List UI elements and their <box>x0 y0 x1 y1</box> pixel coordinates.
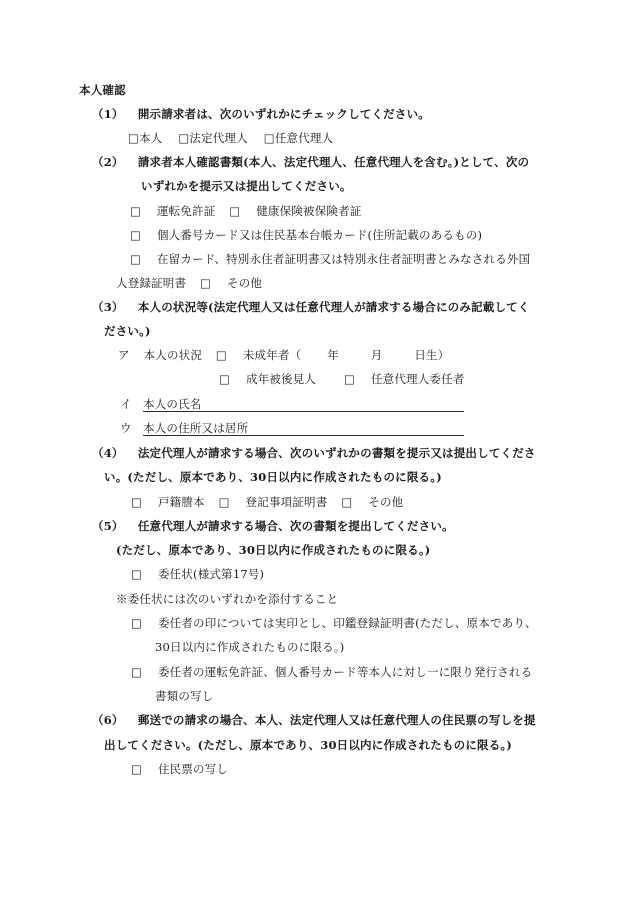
birth-month-label: 月 <box>371 348 383 362</box>
attachment-note: ※委任状には次のいずれかを添付すること <box>116 592 338 606</box>
checkbox-seal-certificate[interactable]: □ <box>131 616 142 630</box>
attachment-row-1: □ 委任者の印については実印とし、印鑑登録証明書(ただし、原本であり、 <box>131 616 537 630</box>
attachment-row-2-cont: 書類の写し <box>155 689 214 703</box>
field-label: 本人の氏名 <box>143 397 202 411</box>
option-label: 登記事項証明書 <box>246 495 328 509</box>
option-label: 成年被後見人 <box>246 372 316 386</box>
option-label: 健康保険被保険者証 <box>256 204 361 218</box>
attachment-row-2: □ 委任者の運転免許証、個人番号カード等本人に対し一に限り発行される <box>131 665 532 679</box>
checkbox-legal-representative[interactable]: □法定代理人 <box>178 131 248 145</box>
birth-day-label: 日生） <box>414 348 449 362</box>
section-2-heading-cont: いずれかを提示又は提出してください。 <box>141 179 352 193</box>
person-name-row: イ <box>120 397 132 411</box>
section-text: 法定代理人が請求する場合、次のいずれかの書類を提示又は提出してくださ <box>138 446 536 460</box>
checkbox-voluntary-representative[interactable]: □任意代理人 <box>264 131 334 145</box>
section-number: （5） <box>92 519 124 533</box>
item-marker: ウ <box>120 421 132 435</box>
checkbox-health-insurance[interactable]: □ <box>229 204 240 218</box>
section-text: 本人の状況等(法定代理人又は任意代理人が請求する場合にのみ記載してく <box>138 300 530 314</box>
section-text: 請求者本人確認書類(本人、法定代理人、任意代理人を含む。)として、次の <box>138 155 529 169</box>
person-address-row: ウ <box>120 421 132 435</box>
section-4-heading: （4） 法定代理人が請求する場合、次のいずれかの書類を提示又は提出してくださ <box>92 446 536 460</box>
resident-record-row: □ 住民票の写し <box>131 762 228 776</box>
id-doc-row-4: 人登録証明書 □ その他 <box>116 276 262 290</box>
section-6-heading-cont: 出してください。(ただし、原本であり、30日以内に作成されたものに限る。) <box>104 738 512 752</box>
section-number: （4） <box>92 446 124 460</box>
option-label: 委任者の印については実印とし、印鑑登録証明書(ただし、原本であり、 <box>158 616 537 630</box>
section-title: 本人確認 <box>79 83 126 97</box>
person-status-row: ア 本人の状況 □ 未成年者（ 年 月 日生） <box>118 348 449 362</box>
section-number: （2） <box>92 155 124 169</box>
section-5-heading: （5） 任意代理人が請求する場合、次の書類を提出してください。 <box>92 519 454 533</box>
option-label: その他 <box>368 495 403 509</box>
id-doc-row-2: □ 個人番号カード又は住民基本台帳カード(住所記載のあるもの) <box>130 228 482 242</box>
checkbox-minor[interactable]: □ <box>216 348 227 362</box>
option-label: 個人番号カード又は住民基本台帳カード(住所記載のあるもの) <box>157 228 482 242</box>
person-name-field[interactable]: 本人の氏名 <box>143 397 464 412</box>
section-number: （3） <box>92 300 124 314</box>
birth-year-label: 年 <box>327 348 339 362</box>
checkbox-residence-card[interactable]: □ <box>130 252 141 266</box>
checkbox-my-number-card[interactable]: □ <box>130 228 141 242</box>
checkbox-id-copy[interactable]: □ <box>131 665 142 679</box>
section-3-heading-cont: ださい。) <box>104 324 151 338</box>
option-label: 委任者の運転免許証、個人番号カード等本人に対し一に限り発行される <box>158 665 532 679</box>
power-of-attorney-row: □ 委任状(様式第17号) <box>131 567 264 581</box>
option-label: 委任状(様式第17号) <box>158 567 264 581</box>
section-text: 任意代理人が請求する場合、次の書類を提出してください。 <box>138 519 454 533</box>
option-label: 人登録証明書 <box>116 276 186 290</box>
checkbox-family-register[interactable]: □ <box>131 495 142 509</box>
option-label: 戸籍謄本 <box>158 495 205 509</box>
item-marker: イ <box>120 397 132 411</box>
checkbox-power-of-attorney[interactable]: □ <box>131 567 142 581</box>
checkbox-other[interactable]: □ <box>341 495 352 509</box>
section-2-heading: （2） 請求者本人確認書類(本人、法定代理人、任意代理人を含む。)として、次の <box>92 155 529 169</box>
option-label: 在留カード、特別永住者証明書又は特別永住者証明書とみなされる外国 <box>157 252 530 266</box>
option-label: 住民票の写し <box>158 762 228 776</box>
checkbox-principal[interactable]: □ <box>344 372 355 386</box>
checkbox-other[interactable]: □ <box>200 276 211 290</box>
section-5-heading-cont: (ただし、原本であり、30日以内に作成されたものに限る。) <box>116 543 430 557</box>
option-label: 未成年者（ <box>243 348 302 362</box>
option-label: 運転免許証 <box>157 204 216 218</box>
section-text: 開示請求者は、次のいずれかにチェックしてください。 <box>138 107 430 121</box>
item-marker: ア <box>118 348 130 362</box>
section-6-heading: （6） 郵送での請求の場合、本人、法定代理人又は任意代理人の住民票の写しを提 <box>92 713 536 727</box>
person-address-field[interactable]: 本人の住所又は居所 <box>143 421 464 436</box>
attachment-row-1-cont: 30日以内に作成されたものに限る。) <box>155 640 344 654</box>
item-label: 本人の状況 <box>144 348 203 362</box>
section-text: 郵送での請求の場合、本人、法定代理人又は任意代理人の住民票の写しを提 <box>138 713 536 727</box>
legal-rep-docs-row: □ 戸籍謄本 □ 登記事項証明書 □ その他 <box>131 495 403 509</box>
requester-type-options: □本人 □法定代理人 □任意代理人 <box>128 131 333 145</box>
checkbox-drivers-license[interactable]: □ <box>130 204 141 218</box>
field-label: 本人の住所又は居所 <box>143 421 248 435</box>
checkbox-self[interactable]: □本人 <box>128 131 162 145</box>
section-3-heading: （3） 本人の状況等(法定代理人又は任意代理人が請求する場合にのみ記載してく <box>92 300 530 314</box>
section-1-heading: （1） 開示請求者は、次のいずれかにチェックしてください。 <box>92 107 430 121</box>
section-4-heading-cont: い。(ただし、原本であり、30日以内に作成されたものに限る。) <box>104 470 442 484</box>
option-label: 任意代理人委任者 <box>371 372 465 386</box>
checkbox-resident-record[interactable]: □ <box>131 762 142 776</box>
person-status-row-2: □ 成年被後見人 □ 任意代理人委任者 <box>219 372 465 386</box>
option-label: その他 <box>227 276 262 290</box>
id-doc-row-1: □ 運転免許証 □ 健康保険被保険者証 <box>130 204 362 218</box>
checkbox-registry-certificate[interactable]: □ <box>219 495 230 509</box>
section-number: （1） <box>92 107 124 121</box>
checkbox-adult-ward[interactable]: □ <box>219 372 230 386</box>
id-doc-row-3: □ 在留カード、特別永住者証明書又は特別永住者証明書とみなされる外国 <box>130 252 530 266</box>
section-number: （6） <box>92 713 124 727</box>
